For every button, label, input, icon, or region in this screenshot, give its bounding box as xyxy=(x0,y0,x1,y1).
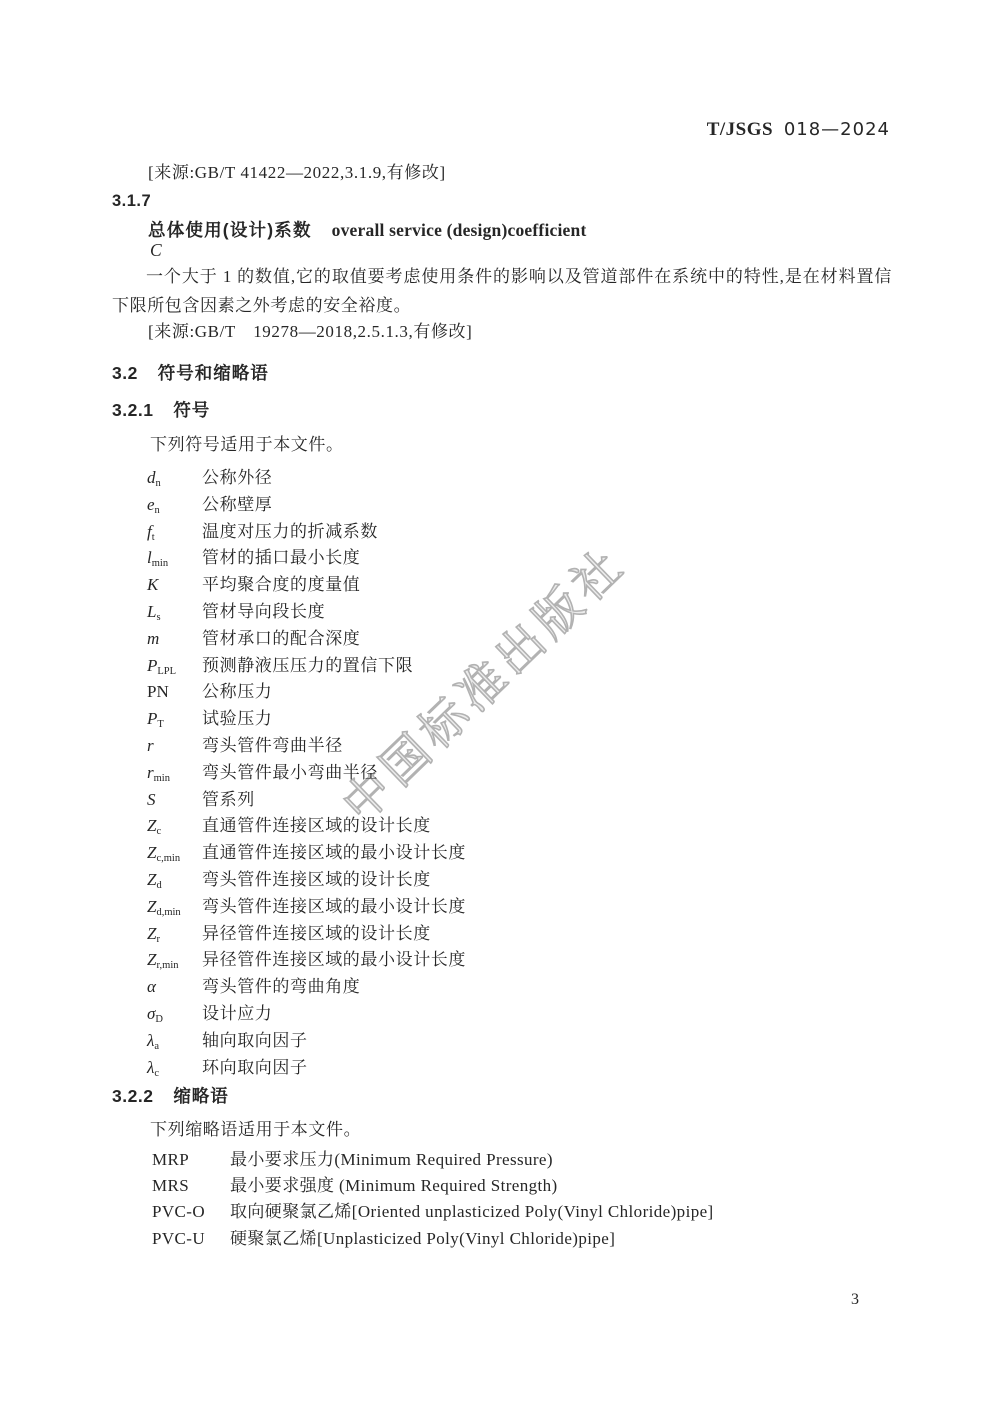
document-page: T/JSGS 018—2024 中国标准出版社 [来源:GB/T 41422—2… xyxy=(0,0,992,1403)
term-heading: 总体使用(设计)系数 overall service (design)coeff… xyxy=(148,217,586,242)
symbol-description: 公称压力 xyxy=(202,682,272,701)
symbol-subscript: s xyxy=(156,612,160,623)
symbol-subscript: d xyxy=(156,880,161,891)
symbol-row: Zc 直通管件连接区域的设计长度 xyxy=(147,813,466,840)
subsection-number: 3.2.1 xyxy=(112,400,153,420)
abbreviation: PVC-U xyxy=(152,1226,226,1252)
abbreviation-row: MRS 最小要求强度 (Minimum Required Strength) xyxy=(152,1173,714,1199)
section-heading-3-2: 3.2 符号和缩略语 xyxy=(112,360,269,385)
symbol-row: r 弯头管件弯曲半径 xyxy=(147,733,466,760)
symbol-row: Zr,min 异径管件连接区域的最小设计长度 xyxy=(147,947,466,974)
symbol-base: r xyxy=(147,736,154,755)
symbol-base: K xyxy=(147,575,158,594)
term-symbol: C xyxy=(150,240,162,261)
symbol-row: ft 温度对压力的折减系数 xyxy=(147,519,466,546)
page-number: 3 xyxy=(845,1291,865,1309)
symbol-base: e xyxy=(147,495,155,514)
symbol-subscript: a xyxy=(154,1041,159,1052)
subsection-title: 缩略语 xyxy=(173,1086,229,1106)
symbol-subscript: c xyxy=(156,826,161,837)
symbol-row: S 管系列 xyxy=(147,787,466,814)
symbol-list: dn 公称外径 en 公称壁厚 ft 温度对压力的折减系数 lmin 管材的插口… xyxy=(147,465,466,1081)
symbol-description: 平均聚合度的度量值 xyxy=(202,575,360,594)
symbol-description: 管材导向段长度 xyxy=(202,602,325,621)
term-english: overall service (design)coefficient xyxy=(332,220,587,240)
symbol-row: m 管材承口的配合深度 xyxy=(147,626,466,653)
symbol-subscript: r xyxy=(156,934,160,945)
abbreviations-intro: 下列缩略语适用于本文件。 xyxy=(150,1120,361,1140)
symbol-description: 异径管件连接区域的设计长度 xyxy=(202,924,431,943)
symbol-description: 弯头管件弯曲半径 xyxy=(202,736,343,755)
symbol-row: dn 公称外径 xyxy=(147,465,466,492)
abbreviation-description: 最小要求压力(Minimum Required Pressure) xyxy=(230,1150,553,1169)
subsection-title: 符号 xyxy=(173,400,210,420)
symbol-description: 弯头管件的弯曲角度 xyxy=(202,977,360,996)
subsection-number: 3.2.2 xyxy=(112,1086,153,1106)
symbol-row: en 公称壁厚 xyxy=(147,492,466,519)
abbreviation-description: 硬聚氯乙烯[Unplasticized Poly(Vinyl Chloride)… xyxy=(230,1229,615,1248)
symbol-row: PT 试验压力 xyxy=(147,706,466,733)
symbol-subscript: T xyxy=(157,719,163,730)
running-header: T/JSGS 018—2024 xyxy=(707,119,890,141)
symbol-row: Zr 异径管件连接区域的设计长度 xyxy=(147,921,466,948)
symbol-row: λc 环向取向因子 xyxy=(147,1055,466,1082)
clause-number-3-1-7: 3.1.7 xyxy=(112,192,151,211)
symbol-row: PLPL 预测静液压压力的置信下限 xyxy=(147,653,466,680)
symbol-subscript: n xyxy=(156,478,161,489)
term-chinese: 总体使用(设计)系数 xyxy=(148,220,312,240)
symbol-description: 公称壁厚 xyxy=(202,495,272,514)
symbol-description: 管材的插口最小长度 xyxy=(202,548,360,567)
abbreviation-row: MRP 最小要求压力(Minimum Required Pressure) xyxy=(152,1147,714,1173)
symbol-subscript: d,min xyxy=(156,907,180,918)
symbol-row: Zd,min 弯头管件连接区域的最小设计长度 xyxy=(147,894,466,921)
symbol-base: m xyxy=(147,629,159,648)
symbol-subscript: c,min xyxy=(156,853,180,864)
symbols-intro: 下列符号适用于本文件。 xyxy=(150,435,344,455)
abbreviation-row: PVC-U 硬聚氯乙烯[Unplasticized Poly(Vinyl Chl… xyxy=(152,1226,714,1252)
standard-code: T/JSGS xyxy=(707,119,773,140)
symbol-base: α xyxy=(147,977,156,996)
symbol-subscript: r,min xyxy=(156,960,178,971)
symbol-description: 管系列 xyxy=(202,790,255,809)
section-number: 3.2 xyxy=(112,363,138,383)
symbol-description: 管材承口的配合深度 xyxy=(202,629,360,648)
abbreviation: PVC-O xyxy=(152,1199,226,1225)
source-note: [来源:GB/T 19278—2018,2.5.1.3,有修改] xyxy=(148,322,472,342)
source-note-prev-term: [来源:GB/T 41422—2022,3.1.9,有修改] xyxy=(148,163,446,183)
symbol-subscript: min xyxy=(152,558,168,569)
symbol-row: σD 设计应力 xyxy=(147,1001,466,1028)
symbol-description: 温度对压力的折减系数 xyxy=(202,522,378,541)
symbol-subscript: c xyxy=(154,1068,159,1079)
symbol-description: 公称外径 xyxy=(202,468,272,487)
symbol-subscript: min xyxy=(154,773,170,784)
symbol-subscript: n xyxy=(155,505,160,516)
abbreviation-description: 最小要求强度 (Minimum Required Strength) xyxy=(230,1176,558,1195)
symbol-description: 弯头管件最小弯曲半径 xyxy=(202,763,378,782)
symbol-row: K 平均聚合度的度量值 xyxy=(147,572,466,599)
symbol-description: 弯头管件连接区域的最小设计长度 xyxy=(202,897,466,916)
symbol-base: d xyxy=(147,468,156,487)
symbol-description: 设计应力 xyxy=(202,1004,272,1023)
symbol-base: S xyxy=(147,790,156,809)
symbol-row: lmin 管材的插口最小长度 xyxy=(147,545,466,572)
abbreviation-list: MRP 最小要求压力(Minimum Required Pressure) MR… xyxy=(152,1147,714,1252)
symbol-description: 弯头管件连接区域的设计长度 xyxy=(202,870,431,889)
symbol-subscript: LPL xyxy=(157,666,176,677)
symbol-description: 试验压力 xyxy=(202,709,272,728)
symbol-row: α 弯头管件的弯曲角度 xyxy=(147,974,466,1001)
symbol-description: 轴向取向因子 xyxy=(202,1031,308,1050)
symbol-base: PN xyxy=(147,682,169,701)
symbol-description: 直通管件连接区域的设计长度 xyxy=(202,816,431,835)
symbol-row: Ls 管材导向段长度 xyxy=(147,599,466,626)
section-title: 符号和缩略语 xyxy=(158,363,269,383)
symbol-row: PN 公称压力 xyxy=(147,679,466,706)
symbol-subscript: D xyxy=(155,1014,163,1025)
symbol-description: 异径管件连接区域的最小设计长度 xyxy=(202,950,466,969)
symbol-base: P xyxy=(147,656,157,675)
abbreviation-description: 取向硬聚氯乙烯[Oriented unplasticized Poly(Viny… xyxy=(230,1202,714,1221)
symbol-row: rmin 弯头管件最小弯曲半径 xyxy=(147,760,466,787)
symbol-description: 环向取向因子 xyxy=(202,1058,308,1077)
standard-number: 018—2024 xyxy=(784,119,890,140)
symbol-base: r xyxy=(147,763,154,782)
abbreviation: MRP xyxy=(152,1147,226,1173)
abbreviation-row: PVC-O 取向硬聚氯乙烯[Oriented unplasticized Pol… xyxy=(152,1199,714,1225)
abbreviation: MRS xyxy=(152,1173,226,1199)
subsection-heading-3-2-1: 3.2.1 符号 xyxy=(112,397,210,422)
symbol-description: 预测静液压压力的置信下限 xyxy=(202,656,413,675)
symbol-base: P xyxy=(147,709,157,728)
symbol-subscript: t xyxy=(152,532,155,543)
symbol-description: 直通管件连接区域的最小设计长度 xyxy=(202,843,466,862)
symbol-row: Zd 弯头管件连接区域的设计长度 xyxy=(147,867,466,894)
definition-paragraph: 一个大于 1 的数值,它的取值要考虑使用条件的影响以及管道部件在系统中的特性,是… xyxy=(112,262,892,320)
symbol-row: λa 轴向取向因子 xyxy=(147,1028,466,1055)
symbol-row: Zc,min 直通管件连接区域的最小设计长度 xyxy=(147,840,466,867)
subsection-heading-3-2-2: 3.2.2 缩略语 xyxy=(112,1083,229,1108)
